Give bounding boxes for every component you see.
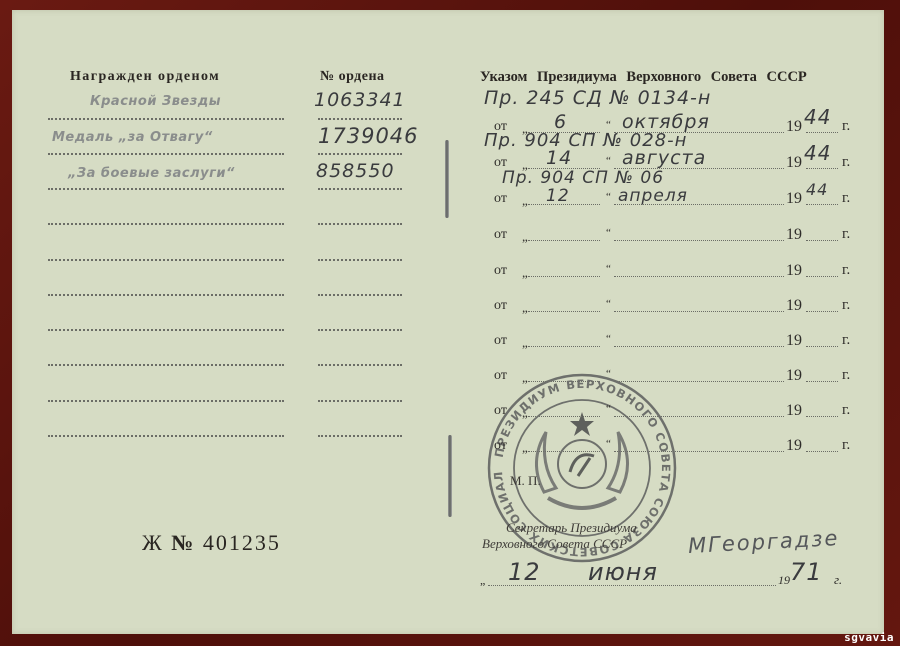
decree-3-day: 12 <box>546 186 570 206</box>
secretary-title-line1: Секретарь Президиума <box>506 520 637 536</box>
decree-1-year: 44 <box>804 105 831 129</box>
watermark: sgvavia <box>844 631 894 644</box>
decree-row-empty: от„“19г. <box>494 223 874 243</box>
decree-row-empty: от„“19г. <box>494 399 874 419</box>
decree-3-year: 44 <box>806 180 828 199</box>
decree-2-day: 14 <box>546 147 572 169</box>
decree-2-year: 44 <box>804 141 831 165</box>
decree-row-3: от „ “ 12 апреля 19 44 г. <box>494 187 874 207</box>
decree-2-month: августа <box>622 147 706 169</box>
issue-month: июня <box>588 558 658 586</box>
seal-place-label: М. П. <box>510 473 541 489</box>
issue-day: 12 <box>508 558 541 586</box>
secretary-signature: МГеоргадзе <box>687 526 839 558</box>
decree-row-empty: от„“19г. <box>494 294 874 314</box>
award-number-1: 1063341 <box>314 89 406 111</box>
staple-bottom <box>448 435 452 517</box>
decree-3-month: апреля <box>618 186 688 206</box>
award-name-2: Медаль „за Отвагу“ <box>52 130 213 145</box>
staple-top <box>445 140 449 218</box>
serial-number: 401235 <box>203 530 281 555</box>
decree-1-number: Пр. 245 СД № 0134-н <box>484 87 711 109</box>
secretary-title-line2: Верховного Совета СССР <box>482 536 627 552</box>
decree-header: Указом Президиума Верховного Совета СССР <box>480 69 807 86</box>
decree-row-empty: от„“19г. <box>494 259 874 279</box>
issue-date-row: „ 12 июня 19 71 г. <box>480 562 860 588</box>
decree-row-empty: от„“19г. <box>494 434 874 454</box>
serial-series: Ж <box>142 530 164 555</box>
decree-3-number: Пр. 904 СП № 06 <box>502 168 664 188</box>
award-name-3: „За боевые заслуги“ <box>68 166 235 181</box>
issue-year: 71 <box>790 558 823 586</box>
serial-no-sign: № <box>171 530 195 555</box>
booklet-serial-number: Ж № 401235 <box>142 530 281 556</box>
decree-row-empty: от„“19г. <box>494 329 874 349</box>
award-number-3: 858550 <box>316 160 395 182</box>
order-number-header: № ордена <box>320 69 385 85</box>
award-number-2: 1739046 <box>318 124 419 148</box>
award-name-1: Красной Звезды <box>90 94 221 109</box>
decree-row-empty: от„“19г. <box>494 364 874 384</box>
awarded-order-header: Награжден орденом <box>70 69 220 85</box>
booklet-spread: Награжден орденом № ордена Красной Звезд… <box>12 10 884 634</box>
